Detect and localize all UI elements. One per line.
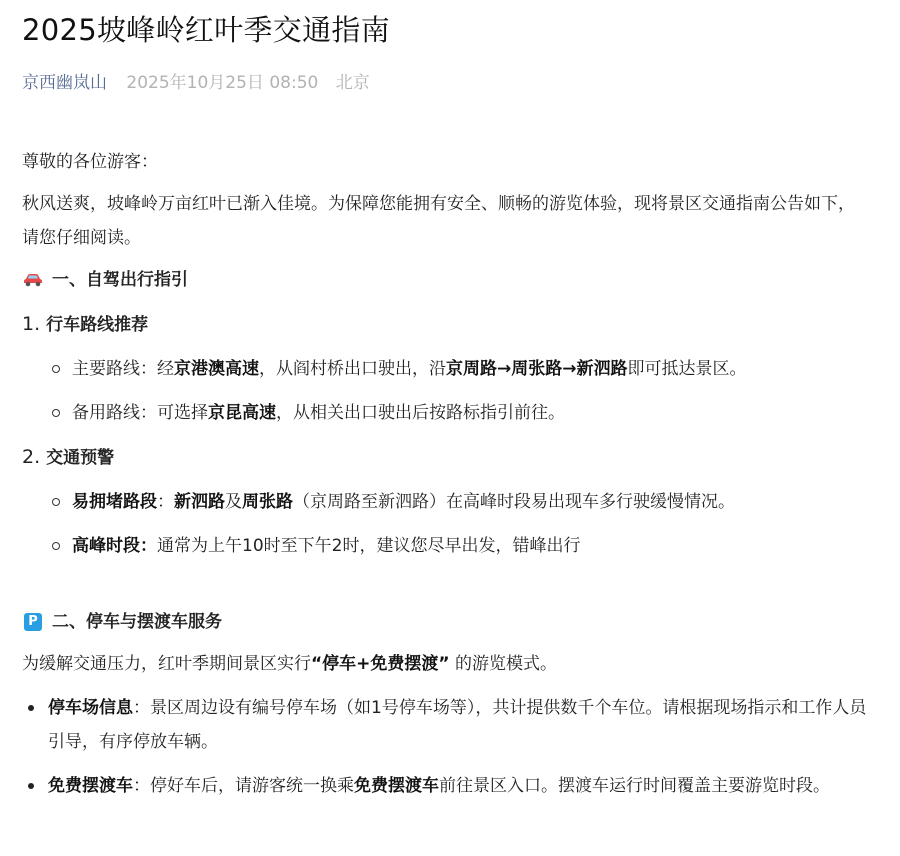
text: ：停好车后，请游客统一换乘 <box>133 776 354 796</box>
list-item: 主要路线：经京港澳高速，从阎村桥出口驶出，沿京周路→周张路→新泗路即可抵达景区。 <box>52 352 878 386</box>
text: ：景区周边设有编号停车场（如1号停车场等），共计提供数千个车位。请根据现场指示和… <box>48 698 866 752</box>
list-item: 免费摆渡车：停好车后，请游客统一换乘免费摆渡车前往景区入口。摆渡车运行时间覆盖主… <box>26 769 878 803</box>
item-label: 交通预警 <box>46 448 114 468</box>
list-item: 易拥堵路段：新泗路及周张路（京周路至新泗路）在高峰时段易出现车多行驶缓慢情况。 <box>52 485 878 519</box>
sub-list: 主要路线：经京港澳高速，从阎村桥出口驶出，沿京周路→周张路→新泗路即可抵达景区。… <box>22 352 878 430</box>
text: ，从相关出口驶出后按路标指引前往。 <box>276 403 565 423</box>
text: 及 <box>225 492 242 512</box>
sub-list: 易拥堵路段：新泗路及周张路（京周路至新泗路）在高峰时段易出现车多行驶缓慢情况。 … <box>22 485 878 563</box>
text: （京周路至新泗路）在高峰时段易出现车多行驶缓慢情况。 <box>293 492 735 512</box>
bold-text: 新泗路 <box>174 492 225 512</box>
item-number: 2. <box>22 446 40 468</box>
parking-icon: P <box>22 613 44 631</box>
article-title: 2025坡峰岭红叶季交通指南 <box>22 0 878 50</box>
section-heading-text: 二、停车与摆渡车服务 <box>52 605 222 639</box>
bold-text: 免费摆渡车 <box>354 776 439 796</box>
article-meta: 京西幽岚山 2025年10月25日 08:50 北京 <box>22 71 878 95</box>
ordered-item: 1.行车路线推荐 主要路线：经京港澳高速，从阎村桥出口驶出，沿京周路→周张路→新… <box>22 307 878 430</box>
author-link[interactable]: 京西幽岚山 <box>22 73 107 93</box>
text: 即可抵达景区。 <box>628 359 747 379</box>
bold-text: 京周路→周张路→新泗路 <box>446 359 628 379</box>
car-icon <box>22 273 44 287</box>
bold-text: 京港澳高速 <box>174 359 259 379</box>
bold-text: 高峰时段： <box>72 536 157 556</box>
bullet-list: 停车场信息：景区周边设有编号停车场（如1号停车场等），共计提供数千个车位。请根据… <box>22 691 878 803</box>
item-label: 行车路线推荐 <box>46 315 148 335</box>
text: ： <box>157 492 174 512</box>
section-heading-parking: P 二、停车与摆渡车服务 <box>22 605 878 639</box>
list-item: 高峰时段：通常为上午10时至下午2时，建议您尽早出发，错峰出行 <box>52 529 878 563</box>
publish-location: 北京 <box>336 73 370 93</box>
spacer <box>22 563 878 597</box>
bold-text: 停车场信息 <box>48 698 133 718</box>
text: 为缓解交通压力，红叶季期间景区实行 <box>22 654 311 674</box>
bold-text: 京昆高速 <box>208 403 276 423</box>
article: 2025坡峰岭红叶季交通指南 京西幽岚山 2025年10月25日 08:50 北… <box>0 0 900 803</box>
intro-paragraph: 秋风送爽，坡峰岭万亩红叶已渐入佳境。为保障您能拥有安全、顺畅的游览体验，现将景区… <box>22 187 878 255</box>
list-item: 停车场信息：景区周边设有编号停车场（如1号停车场等），共计提供数千个车位。请根据… <box>26 691 878 759</box>
article-content: 尊敬的各位游客： 秋风送爽，坡峰岭万亩红叶已渐入佳境。为保障您能拥有安全、顺畅的… <box>22 145 878 803</box>
publish-date: 2025年10月25日 08:50 <box>126 73 318 93</box>
text: 前往景区入口。摆渡车运行时间覆盖主要游览时段。 <box>439 776 830 796</box>
greeting: 尊敬的各位游客： <box>22 145 878 179</box>
item-number: 1. <box>22 313 40 335</box>
bold-text: 免费摆渡车 <box>48 776 133 796</box>
text: ，从阎村桥出口驶出，沿 <box>259 359 446 379</box>
text: 通常为上午10时至下午2时，建议您尽早出发，错峰出行 <box>157 536 580 556</box>
section-heading-self-drive: 一、自驾出行指引 <box>22 263 878 297</box>
bold-text: “停车+免费摆渡” <box>311 654 450 674</box>
ordered-item: 2.交通预警 易拥堵路段：新泗路及周张路（京周路至新泗路）在高峰时段易出现车多行… <box>22 440 878 563</box>
section-heading-text: 一、自驾出行指引 <box>52 263 188 297</box>
bold-text: 周张路 <box>242 492 293 512</box>
bold-text: 易拥堵路段 <box>72 492 157 512</box>
text: 主要路线：经 <box>72 359 174 379</box>
list-item: 备用路线：可选择京昆高速，从相关出口驶出后按路标指引前往。 <box>52 396 878 430</box>
parking-intro: 为缓解交通压力，红叶季期间景区实行“停车+免费摆渡” 的游览模式。 <box>22 647 878 681</box>
text: 备用路线：可选择 <box>72 403 208 423</box>
text: 的游览模式。 <box>450 654 557 674</box>
